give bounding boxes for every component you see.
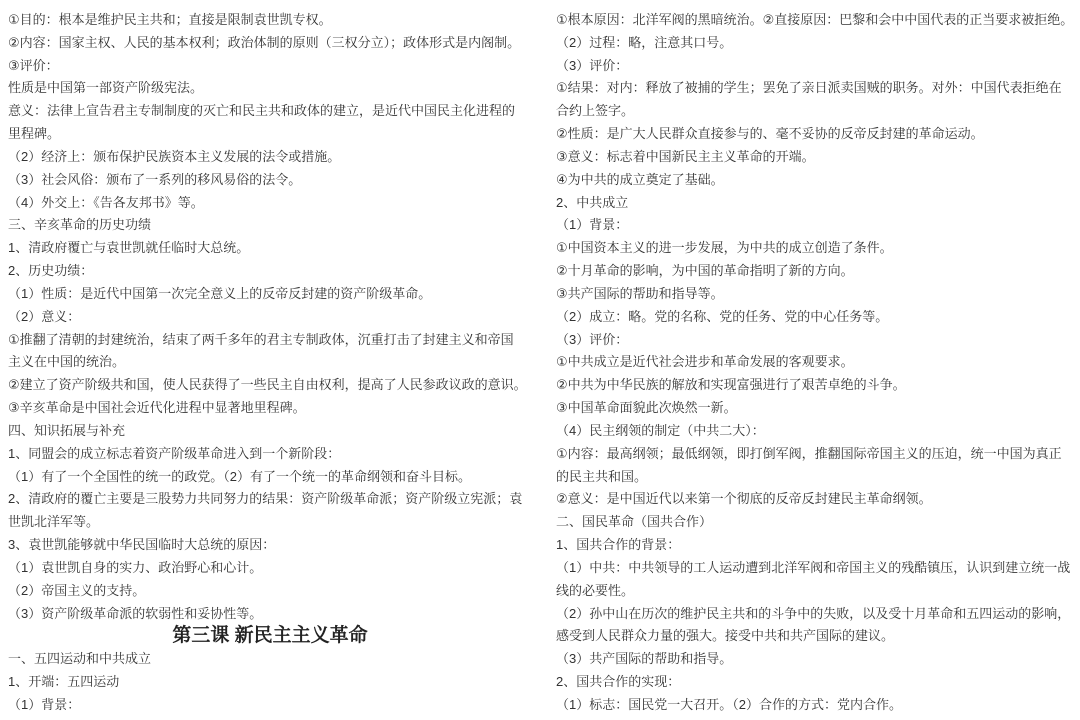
document-page: ①目的：根本是维护民主共和；直接是限制袁世凯专权。②内容：国家主权、人民的基本权… xyxy=(0,0,1080,720)
text-line: ①内容：最高纲领；最低纲领，即打倒军阀，推翻国际帝国主义的压迫，统一中国为真正 xyxy=(556,443,1080,466)
text-line: 里程碑。 xyxy=(8,123,532,146)
text-line: 感受到人民群众力量的强大。接受中共和共产国际的建议。 xyxy=(556,625,1080,648)
text-line: 主义在中国的统治。 xyxy=(8,351,532,374)
text-line: （4）民主纲领的制定（中共二大）： xyxy=(556,420,1080,443)
text-line: ①目的：根本是维护民主共和；直接是限制袁世凯专权。 xyxy=(8,9,532,32)
text-line: （2）过程：略，注意其口号。 xyxy=(556,32,1080,55)
text-line: ①中国资本主义的进一步发展，为中共的成立创造了条件。 xyxy=(556,237,1080,260)
text-line: ①结果：对内：释放了被捕的学生；罢免了亲日派卖国贼的职务。对外：中国代表拒绝在 xyxy=(556,77,1080,100)
text-line: 四、知识拓展与补充 xyxy=(8,420,532,443)
text-line: （1）背景： xyxy=(556,214,1080,237)
text-line: 的民主共和国。 xyxy=(556,466,1080,489)
text-line: （2）经济上：颁布保护民族资本主义发展的法令或措施。 xyxy=(8,146,532,169)
text-line: ②性质：是广大人民群众直接参与的、毫不妥协的反帝反封建的革命运动。 xyxy=(556,123,1080,146)
left-column: ①目的：根本是维护民主共和；直接是限制袁世凯专权。②内容：国家主权、人民的基本权… xyxy=(8,9,532,717)
text-line: （3）共产国际的帮助和指导。 xyxy=(556,648,1080,671)
text-line: 一、五四运动和中共成立 xyxy=(8,648,532,671)
text-line: （2）成立：略。党的名称、党的任务、党的中心任务等。 xyxy=(556,306,1080,329)
text-line: ③中国革命面貌此次焕然一新。 xyxy=(556,397,1080,420)
text-line: 2、国共合作的实现： xyxy=(556,671,1080,694)
section-heading: 第三课 新民主主义革命 xyxy=(8,625,532,648)
text-line: （3）评价： xyxy=(556,55,1080,78)
text-line: （1）有了一个全国性的统一的政党。（2）有了一个统一的革命纲领和奋斗目标。 xyxy=(8,466,532,489)
text-line: （2）帝国主义的支持。 xyxy=(8,580,532,603)
text-line: （3）评价： xyxy=(556,329,1080,352)
text-line: ①中共成立是近代社会进步和革命发展的客观要求。 xyxy=(556,351,1080,374)
text-line: 线的必要性。 xyxy=(556,580,1080,603)
text-line: ③辛亥革命是中国社会近代化进程中显著地里程碑。 xyxy=(8,397,532,420)
right-column: ①根本原因：北洋军阀的黑暗统治。②直接原因：巴黎和会中中国代表的正当要求被拒绝。… xyxy=(556,9,1080,717)
text-line: （1）标志：国民党一大召开。（2）合作的方式：党内合作。 xyxy=(556,694,1080,717)
text-line: ①推翻了清朝的封建统治，结束了两千多年的君主专制政体，沉重打击了封建主义和帝国 xyxy=(8,329,532,352)
text-line: （1）中共：中共领导的工人运动遭到北洋军阀和帝国主义的残酷镇压，认识到建立统一战 xyxy=(556,557,1080,580)
text-line: ②中共为中华民族的解放和实现富强进行了艰苦卓绝的斗争。 xyxy=(556,374,1080,397)
text-line: （3）资产阶级革命派的软弱性和妥协性等。 xyxy=(8,603,532,626)
text-line: 1、开端：五四运动 xyxy=(8,671,532,694)
text-line: ④为中共的成立奠定了基础。 xyxy=(556,169,1080,192)
text-line: 2、清政府的覆亡主要是三股势力共同努力的结果：资产阶级革命派；资产阶级立宪派；袁 xyxy=(8,488,532,511)
text-line: 三、辛亥革命的历史功绩 xyxy=(8,214,532,237)
text-line: ②内容：国家主权、人民的基本权利；政治体制的原则（三权分立）；政体形式是内阁制。 xyxy=(8,32,532,55)
text-line: ③共产国际的帮助和指导等。 xyxy=(556,283,1080,306)
text-line: 世凯北洋军等。 xyxy=(8,511,532,534)
text-line: ③评价： xyxy=(8,55,532,78)
text-line: 2、中共成立 xyxy=(556,192,1080,215)
text-line: （1）性质：是近代中国第一次完全意义上的反帝反封建的资产阶级革命。 xyxy=(8,283,532,306)
text-line: （4）外交上：《告各友邦书》等。 xyxy=(8,192,532,215)
text-line: （2）孙中山在历次的维护民主共和的斗争中的失败，以及受十月革命和五四运动的影响， xyxy=(556,603,1080,626)
text-line: （2）意义： xyxy=(8,306,532,329)
text-line: 性质是中国第一部资产阶级宪法。 xyxy=(8,77,532,100)
text-line: ①根本原因：北洋军阀的黑暗统治。②直接原因：巴黎和会中中国代表的正当要求被拒绝。 xyxy=(556,9,1080,32)
text-line: 二、国民革命（国共合作） xyxy=(556,511,1080,534)
text-line: ②十月革命的影响，为中国的革命指明了新的方向。 xyxy=(556,260,1080,283)
text-line: 1、国共合作的背景： xyxy=(556,534,1080,557)
text-line: 2、历史功绩： xyxy=(8,260,532,283)
text-line: 3、袁世凯能够就中华民国临时大总统的原因： xyxy=(8,534,532,557)
text-line: ②意义：是中国近代以来第一个彻底的反帝反封建民主革命纲领。 xyxy=(556,488,1080,511)
text-line: （3）社会风俗：颁布了一系列的移风易俗的法令。 xyxy=(8,169,532,192)
text-line: 1、同盟会的成立标志着资产阶级革命进入到一个新阶段： xyxy=(8,443,532,466)
text-line: 合约上签字。 xyxy=(556,100,1080,123)
text-line: ②建立了资产阶级共和国，使人民获得了一些民主自由权利，提高了人民参政议政的意识。 xyxy=(8,374,532,397)
text-line: 1、清政府覆亡与袁世凯就任临时大总统。 xyxy=(8,237,532,260)
text-line: 意义：法律上宣告君主专制制度的灭亡和民主共和政体的建立，是近代中国民主化进程的 xyxy=(8,100,532,123)
text-line: （1）背景： xyxy=(8,694,532,717)
text-line: （1）袁世凯自身的实力、政治野心和心计。 xyxy=(8,557,532,580)
text-line: ③意义：标志着中国新民主主义革命的开端。 xyxy=(556,146,1080,169)
